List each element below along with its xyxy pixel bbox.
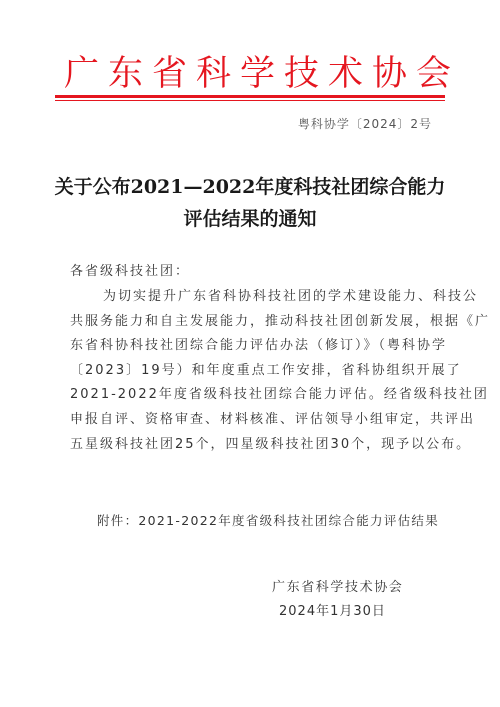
paragraph-line: 〔2023〕19号）和年度重点工作安排，省科协组织开展了	[70, 359, 432, 384]
signature-date: 2024年1月30日	[279, 602, 386, 622]
paragraph-line: 申报自评、资格审查、材料核准、评估领导小组审定，共评出	[70, 408, 432, 433]
document-page: 广东省科学技术协会 粤科协学〔2024〕2号 关于公布2021—2022年度科技…	[0, 0, 500, 707]
organization-header: 广东省科学技术协会	[55, 54, 445, 94]
header-rule-thin	[55, 100, 445, 101]
signature-organization: 广东省科学技术协会	[272, 578, 403, 598]
salutation: 各省级科技社团：	[70, 260, 432, 285]
paragraph-line: 2021-2022年度省级科技社团综合能力评估。经省级科技社团	[70, 383, 432, 408]
document-title-line-2: 评估结果的通知	[40, 207, 460, 231]
attachment-note: 附件：2021-2022年度省级科技社团综合能力评估结果	[97, 511, 417, 531]
paragraph-line: 东省科协科技社团综合能力评估办法（修订）》（粤科协学	[70, 334, 432, 359]
header-rule-thick	[55, 95, 445, 98]
document-number: 粤科协学〔2024〕2号	[280, 116, 432, 132]
paragraph-line: 为切实提升广东省科协科技社团的学术建设能力、科技公	[70, 285, 432, 310]
paragraph-line: 五星级科技社团25个，四星级科技社团30个，现予以公布。	[70, 433, 432, 458]
body-paragraph: 为切实提升广东省科协科技社团的学术建设能力、科技公 共服务能力和自主发展能力，推…	[70, 285, 432, 457]
paragraph-line: 共服务能力和自主发展能力，推动科技社团创新发展，根据《广	[70, 310, 432, 335]
document-title-line-1: 关于公布2021—2022年度科技社团综合能力	[40, 175, 460, 199]
